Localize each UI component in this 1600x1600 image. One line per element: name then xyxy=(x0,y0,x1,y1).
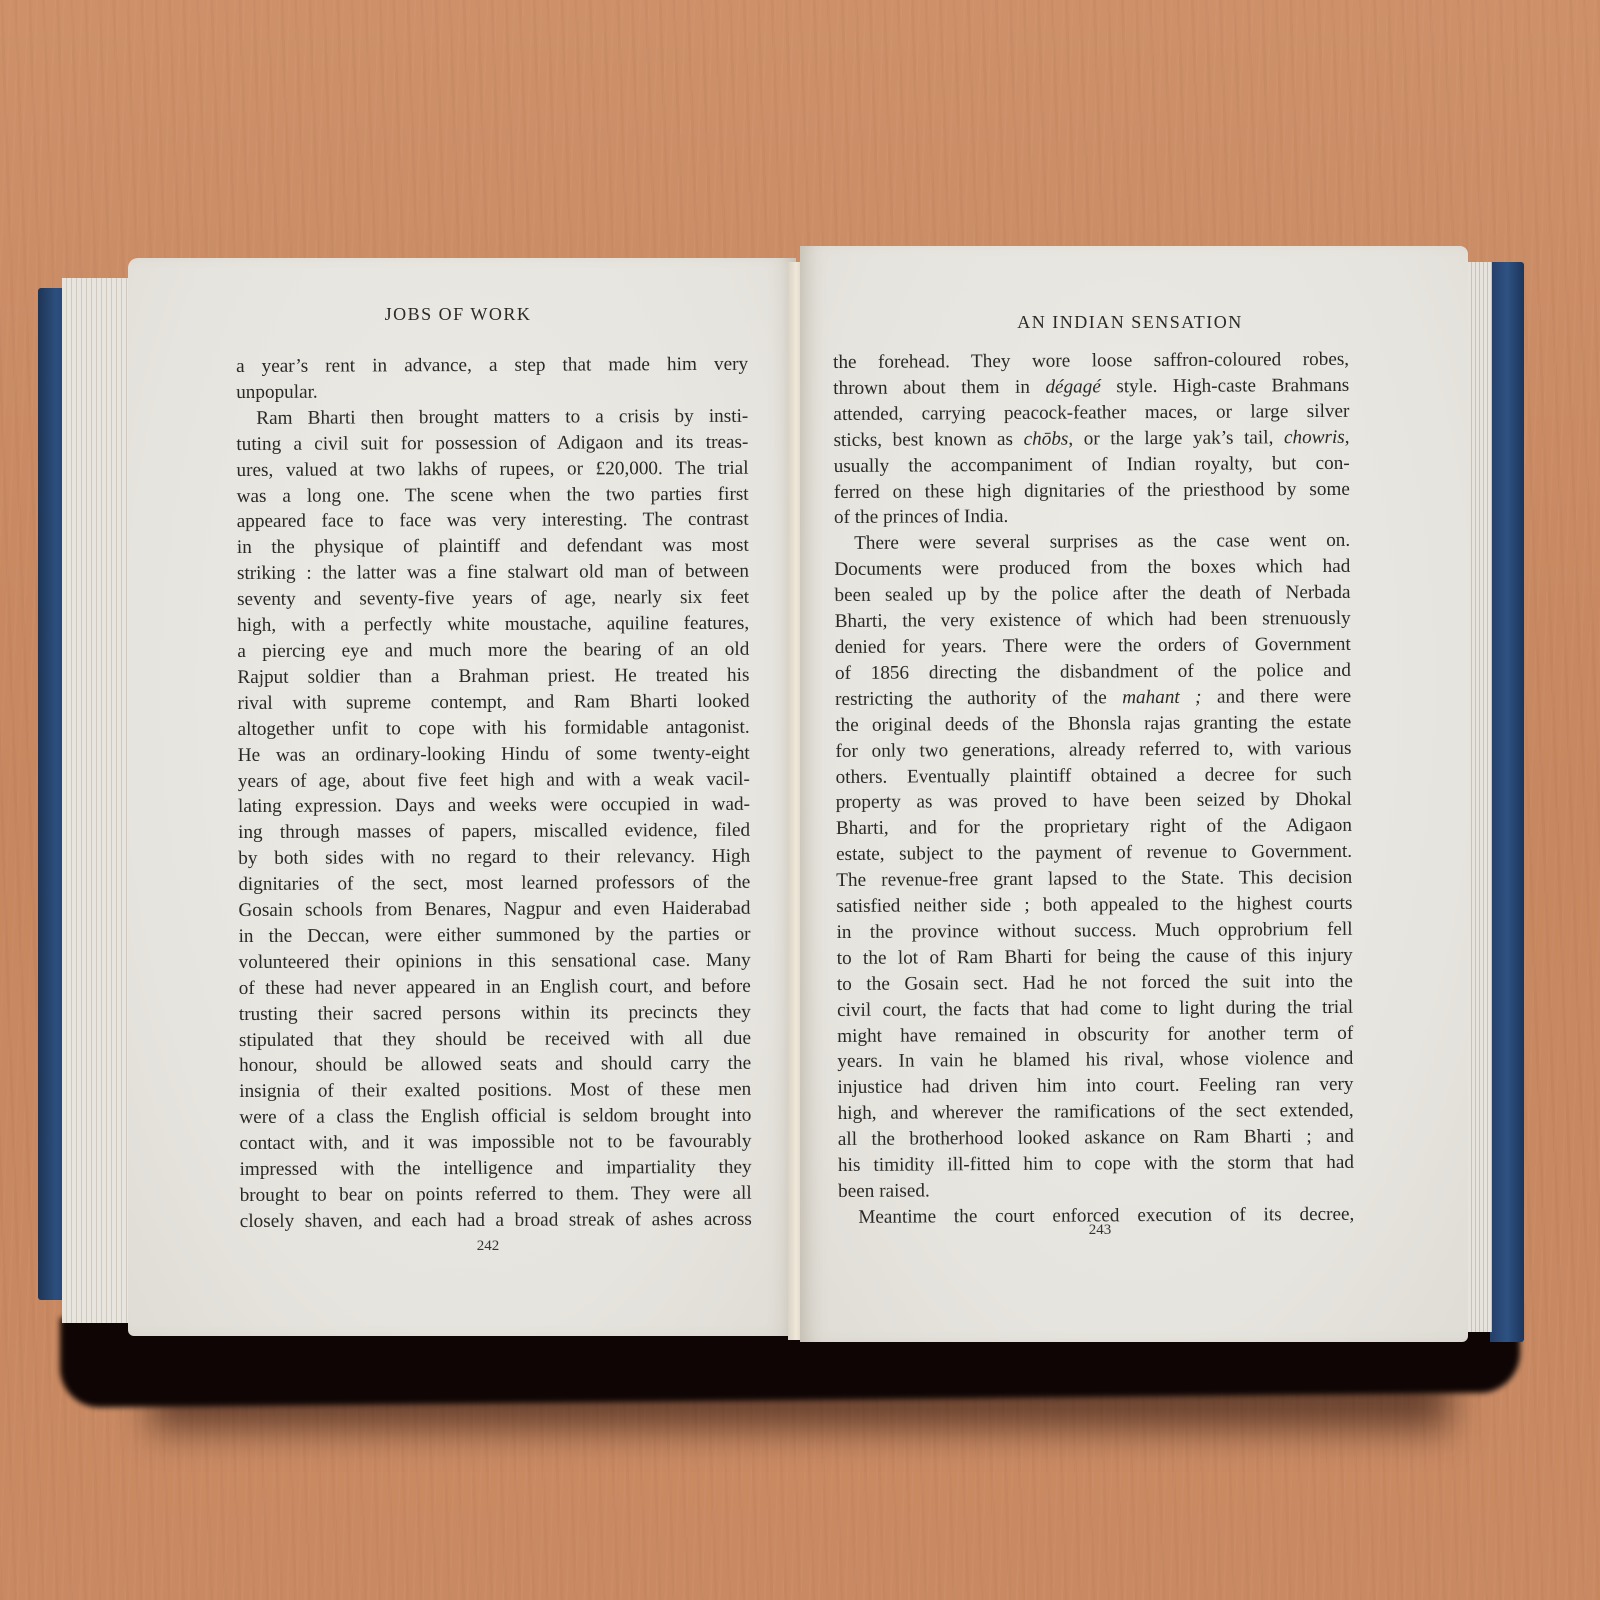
text-line: closely shaven, and each had a broad str… xyxy=(240,1207,752,1235)
text-line: insignia of their exalted positions. Mos… xyxy=(239,1077,751,1105)
text-line: high, and wherever the ramifications of … xyxy=(838,1098,1354,1127)
page-stack-right xyxy=(1464,262,1492,1332)
book-cover-right xyxy=(1490,262,1524,1342)
text-line: Rajput soldier than a Brahman priest. He… xyxy=(237,663,749,691)
running-head-right: AN INDIAN SENSATION xyxy=(800,312,1460,333)
text-line: a piercing eye and much more the bearing… xyxy=(237,637,749,665)
text-line: appeared face to face was very interesti… xyxy=(237,507,749,535)
text-line: denied for years. There were the orders … xyxy=(835,632,1351,661)
text-line: volunteered their opinions in this sensa… xyxy=(239,948,751,976)
text-line: seventy and seventy-five years of age, n… xyxy=(237,585,749,613)
text-line: Gosain schools from Benares, Nagpur and … xyxy=(238,896,750,924)
text-line: dignitaries of the sect, most learned pr… xyxy=(238,870,750,898)
text-line: brought to bear on points referred to th… xyxy=(240,1181,752,1209)
text-line: restricting the authority of the mahant … xyxy=(835,684,1351,713)
text-line: satisfied neither side ; both appealed t… xyxy=(836,891,1352,920)
text-line: Ram Bharti then brought matters to a cri… xyxy=(236,404,748,432)
text-line: ferred on these high dignitaries of the … xyxy=(834,476,1350,505)
text-line: ures, valued at two lakhs of rupees, or … xyxy=(236,455,748,483)
text-line: The revenue-free grant lapsed to the Sta… xyxy=(836,865,1352,894)
text-line: usually the accompaniment of Indian roya… xyxy=(834,450,1350,479)
page-number-right: 243 xyxy=(1070,1222,1130,1239)
text-line: attended, carrying peacock-feather maces… xyxy=(833,399,1349,428)
text-line: to the Gosain sect. Had he not forced th… xyxy=(837,969,1353,998)
text-line: might have remained in obscurity for ano… xyxy=(837,1020,1353,1049)
text-line: for only two generations, already referr… xyxy=(835,735,1351,764)
page-number-left: 242 xyxy=(458,1238,518,1255)
text-line: was a long one. The scene when the two p… xyxy=(237,481,749,509)
text-line: all the brotherhood looked askance on Ra… xyxy=(838,1124,1354,1153)
text-line: in the province without success. Much op… xyxy=(836,917,1352,946)
left-page-body-text: a year’s rent in advance, a step that ma… xyxy=(236,352,752,1235)
text-line: a year’s rent in advance, a step that ma… xyxy=(236,352,748,380)
text-line: Bharti, the very existence of which had … xyxy=(835,606,1351,635)
text-line: contact with, and it was impossible not … xyxy=(239,1129,751,1157)
text-line: of these had never appeared in an Englis… xyxy=(239,974,751,1002)
text-line: others. Eventually plaintiff obtained a … xyxy=(836,761,1352,790)
text-line: injustice had driven him into court. Fee… xyxy=(837,1072,1353,1101)
text-line: ing through masses of papers, miscalled … xyxy=(238,818,750,846)
text-line: in the physique of plaintiff and defenda… xyxy=(237,533,749,561)
right-page: AN INDIAN SENSATION the forehead. They w… xyxy=(800,246,1468,1342)
text-line: the original deeds of the Bhonsla rajas … xyxy=(835,710,1351,739)
running-head-left: JOBS OF WORK xyxy=(128,304,788,325)
left-page: JOBS OF WORK a year’s rent in advance, a… xyxy=(128,258,796,1336)
text-line: years of age, about five feet high and w… xyxy=(238,766,750,794)
text-line: his timidity ill-fitted him to cope with… xyxy=(838,1150,1354,1179)
text-line: altogether unfit to cope with his formid… xyxy=(238,714,750,742)
text-line: in the Deccan, were either summoned by t… xyxy=(238,922,750,950)
text-line: thrown about them in dégagé style. High-… xyxy=(833,373,1349,402)
text-line: to the lot of Ram Bharti for being the c… xyxy=(837,943,1353,972)
text-line: unpopular. xyxy=(236,378,748,406)
text-line: the forehead. They wore loose saffron-co… xyxy=(833,347,1349,376)
text-line: honour, should be allowed seats and shou… xyxy=(239,1051,751,1079)
text-line: stipulated that they should be received … xyxy=(239,1025,751,1053)
text-line: tuting a civil suit for possession of Ad… xyxy=(236,429,748,457)
text-line: rival with supreme contempt, and Ram Bha… xyxy=(237,689,749,717)
text-line: sticks, best known as chōbs, or the larg… xyxy=(833,425,1349,454)
text-line: lating expression. Days and weeks were o… xyxy=(238,792,750,820)
right-page-body-text: the forehead. They wore loose saffron-co… xyxy=(833,347,1354,1231)
text-line: There were several surprises as the case… xyxy=(834,528,1350,557)
text-line: civil court, the facts that had come to … xyxy=(837,994,1353,1023)
text-line: were of a class the English official is … xyxy=(239,1103,751,1131)
text-line: striking : the latter was a fine stalwar… xyxy=(237,559,749,587)
text-line: trusting their sacred persons within its… xyxy=(239,999,751,1027)
text-line: estate, subject to the payment of revenu… xyxy=(836,839,1352,868)
text-line: Documents were produced from the boxes w… xyxy=(834,554,1350,583)
text-line: He was an ordinary-looking Hindu of some… xyxy=(238,740,750,768)
text-line: of the princes of India. xyxy=(834,502,1350,531)
text-line: by both sides with no regard to their re… xyxy=(238,844,750,872)
text-line: been raised. xyxy=(838,1176,1354,1205)
text-line: years. In vain he blamed his rival, whos… xyxy=(837,1046,1353,1075)
text-line: high, with a perfectly white moustache, … xyxy=(237,611,749,639)
text-line: property as was proved to have been seiz… xyxy=(836,787,1352,816)
text-line: Bharti, and for the proprietary right of… xyxy=(836,813,1352,842)
text-line: of 1856 directing the disbandment of the… xyxy=(835,658,1351,687)
text-line: been sealed up by the police after the d… xyxy=(834,580,1350,609)
text-line: impressed with the intelligence and impa… xyxy=(240,1155,752,1183)
